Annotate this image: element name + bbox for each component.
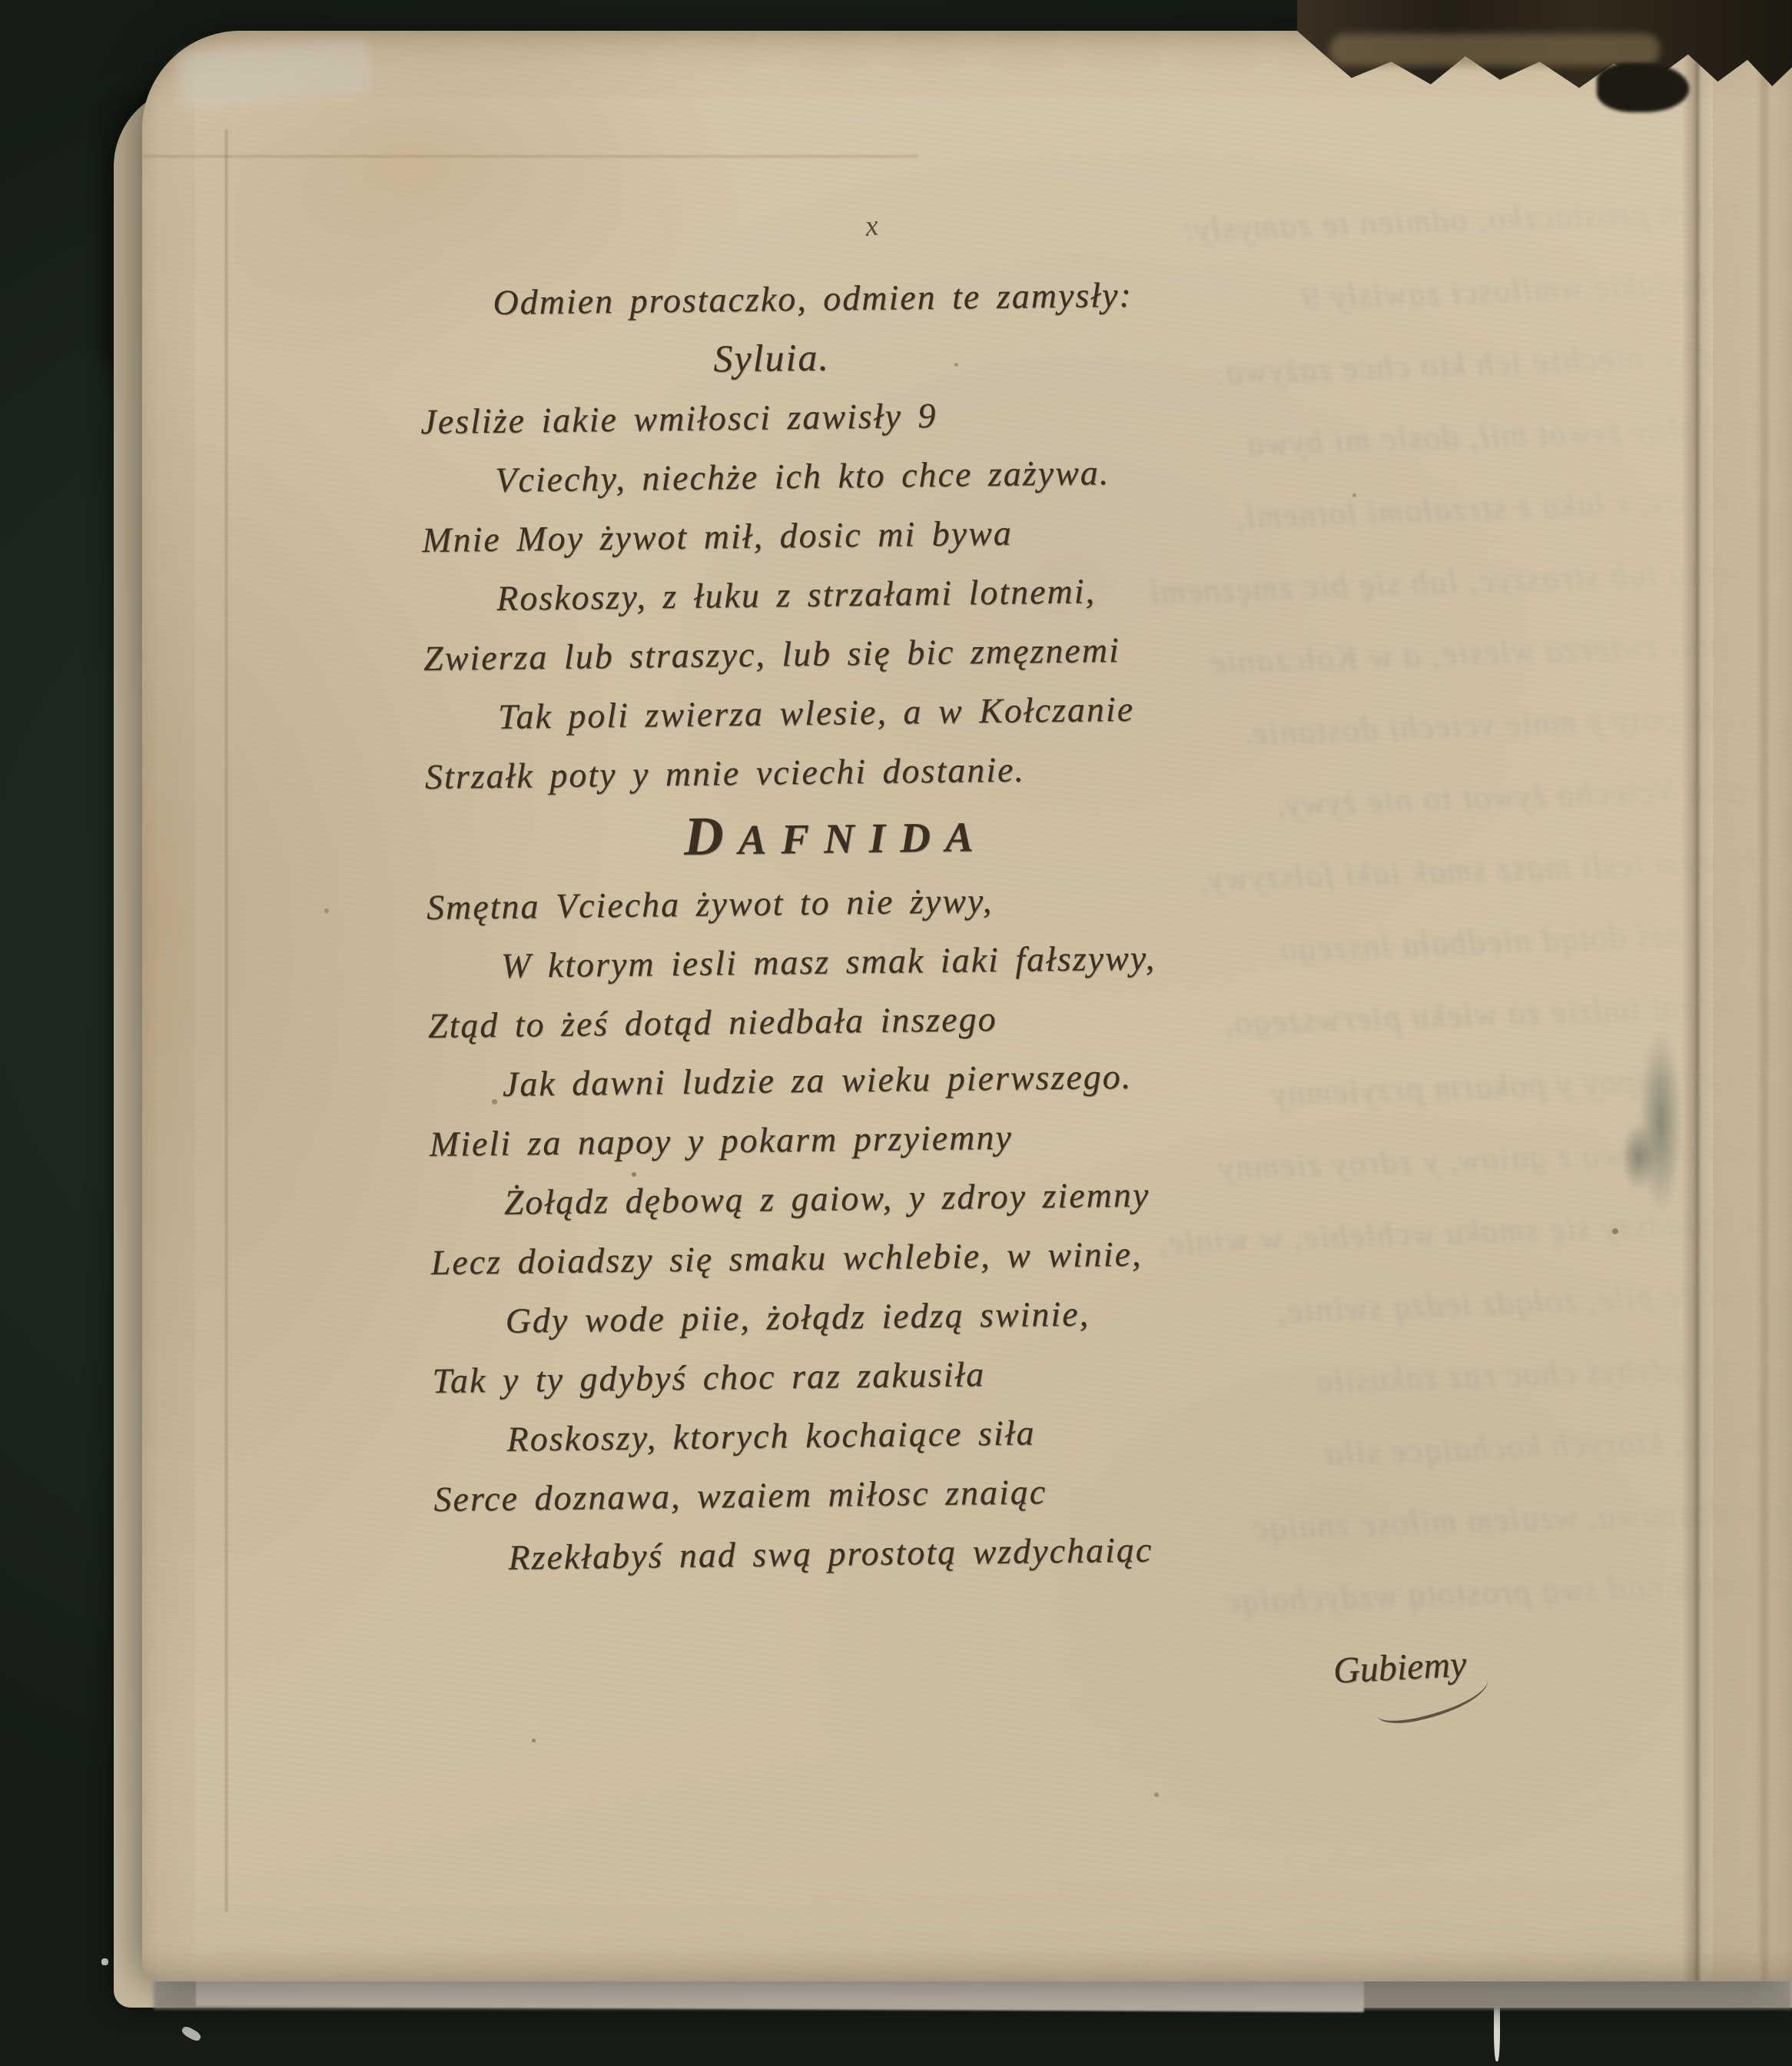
paper-speck	[1154, 1792, 1159, 1797]
paper-speck	[492, 1099, 497, 1104]
book-scan: Odmien prostaczko, odmien te zamysły:Jes…	[0, 0, 1792, 2066]
paper-chip	[181, 2024, 203, 2042]
top-fold-line	[142, 155, 918, 158]
paper-speck	[324, 908, 329, 913]
paper-speck	[532, 1739, 536, 1742]
manuscript-page	[142, 31, 1792, 1981]
paper-speck	[1352, 493, 1356, 497]
binding-remnant-fragment	[1597, 63, 1689, 112]
gutter-crease	[1682, 31, 1713, 1981]
gutter-shade	[1713, 31, 1792, 1981]
dust-speck	[101, 1958, 108, 1965]
paper-speck	[1612, 1228, 1618, 1234]
gutter-crease-secondary	[1760, 31, 1768, 1981]
paper-speck	[632, 1172, 636, 1177]
ink-blot-small	[1621, 1122, 1655, 1191]
paper-speck	[954, 363, 958, 367]
left-fold-line	[225, 129, 227, 1912]
binding-remnant-highlight	[1329, 34, 1660, 66]
